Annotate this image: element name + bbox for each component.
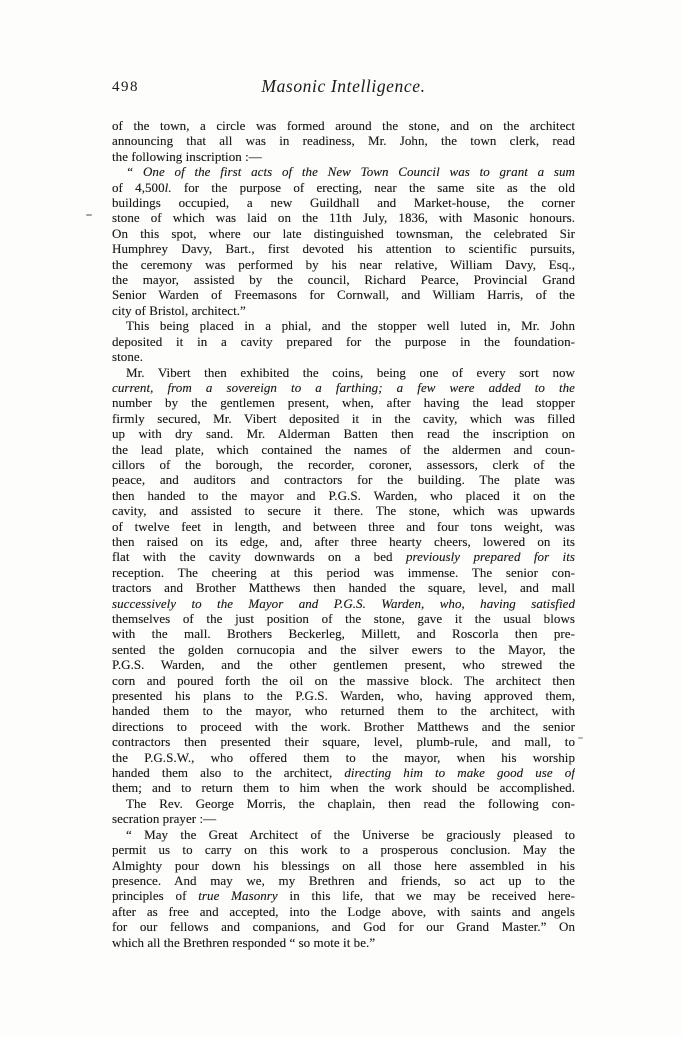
text-segment: firmly secured, Mr. Vibert deposited it … <box>112 411 575 426</box>
text-line: The Rev. George Morris, the chaplain, th… <box>112 796 575 811</box>
text-segment: corn and poured forth the oil on the mas… <box>112 673 575 688</box>
text-segment: tractors and Brother Matthews then hande… <box>112 580 575 595</box>
text-segment: for our fellows and companions, and God … <box>112 919 575 934</box>
text-segment: of twelve feet in length, and between th… <box>112 519 575 534</box>
text-segment: principles of <box>112 888 198 903</box>
text-line: directions to proceed with the work. Bro… <box>112 719 575 734</box>
text-segment: handed them to the mayor, who returned t… <box>112 703 575 718</box>
text-segment: cillors of the borough, the recorder, co… <box>112 457 575 472</box>
text-segment: The Rev. George Morris, the chaplain, th… <box>126 796 575 811</box>
text-line: the P.G.S.W., who offered them to the ma… <box>112 750 575 765</box>
text-line: for our fellows and companions, and God … <box>112 919 575 934</box>
text-segment: On this spot, where our late distinguish… <box>112 226 575 241</box>
text-segment: current, from a sovereign to a farthing;… <box>112 380 575 395</box>
text-line: stone. <box>112 349 575 364</box>
text-line: Almighty pour down his blessings on all … <box>112 858 575 873</box>
text-line: Mr. Vibert then exhibited the coins, bei… <box>112 365 575 380</box>
text-segment: l. <box>165 180 172 195</box>
text-line: city of Bristol, architect.” <box>112 303 575 318</box>
scan-artifact <box>86 214 92 216</box>
text-segment: Senior Warden of Freemasons for Cornwall… <box>112 287 575 302</box>
text-segment: after as free and accepted, into the Lod… <box>112 904 575 919</box>
running-title: Masonic Intelligence. <box>112 76 575 97</box>
text-segment: true Masonry <box>198 888 278 903</box>
text-line: deposited it in a cavity prepared for th… <box>112 334 575 349</box>
text-segment: in this life, that we may be received he… <box>278 888 575 903</box>
text-line: On this spot, where our late distinguish… <box>112 226 575 241</box>
text-line: announcing that all was in readiness, Mr… <box>112 133 575 148</box>
text-segment: stone. <box>112 349 143 364</box>
text-segment: flat with the cavity downwards on a bed <box>112 549 406 564</box>
text-line: the mayor, assisted by the council, Rich… <box>112 272 575 287</box>
text-line: “ May the Great Architect of the Univers… <box>112 827 575 842</box>
text-segment: Humphrey Davy, Bart., first devoted his … <box>112 241 575 256</box>
text-line: tractors and Brother Matthews then hande… <box>112 580 575 595</box>
text-segment: the lead plate, which contained the name… <box>112 442 575 457</box>
text-segment: then handed to the mayor and P.G.S. Ward… <box>112 488 575 503</box>
text-segment: the P.G.S.W., who offered them to the ma… <box>112 750 575 765</box>
text-line: presented his plans to the P.G.S. Warden… <box>112 688 575 703</box>
text-line: secration prayer :— <box>112 811 575 826</box>
text-segment: city of Bristol, architect.” <box>112 303 246 318</box>
text-segment: for the purpose of erecting, near the sa… <box>172 180 575 195</box>
text-line: cillors of the borough, the recorder, co… <box>112 457 575 472</box>
text-line: of 4,500l. for the purpose of erecting, … <box>112 180 575 195</box>
text-segment: P.G.S. Warden, and the other gentlemen p… <box>112 657 575 672</box>
text-line: Senior Warden of Freemasons for Cornwall… <box>112 287 575 302</box>
text-segment: permit us to carry on this work to a pro… <box>112 842 575 857</box>
text-segment: contractors then presented their square,… <box>112 734 575 749</box>
text-segment: presented his plans to the P.G.S. Warden… <box>112 688 575 703</box>
text-line: number by the gentlemen present, when, a… <box>112 395 575 410</box>
text-segment: the following inscription :— <box>112 149 262 164</box>
text-segment: them; and to return them to him when the… <box>112 780 575 795</box>
text-line: stone of which was laid on the 11th July… <box>112 210 575 225</box>
text-segment: This being placed in a phial, and the st… <box>126 318 575 333</box>
text-line: themselves of the just position of the s… <box>112 611 575 626</box>
text-line: after as free and accepted, into the Lod… <box>112 904 575 919</box>
text-line: then raised on its edge, and, after thre… <box>112 534 575 549</box>
text-line: the lead plate, which contained the name… <box>112 442 575 457</box>
text-segment: number by the gentlemen present, when, a… <box>112 395 575 410</box>
text-segment: of 4,500 <box>112 180 165 195</box>
text-line: up with dry sand. Mr. Alderman Batten th… <box>112 426 575 441</box>
text-line: permit us to carry on this work to a pro… <box>112 842 575 857</box>
text-segment: Almighty pour down his blessings on all … <box>112 858 575 873</box>
text-segment: previously prepared for its <box>406 549 575 564</box>
text-line: current, from a sovereign to a farthing;… <box>112 380 575 395</box>
text-segment: the ceremony was performed by his near r… <box>112 257 575 272</box>
text-line: contractors then presented their square,… <box>112 734 575 749</box>
text-line: presence. And may we, my Brethren and fr… <box>112 873 575 888</box>
text-segment: handed them also to the architect, <box>112 765 344 780</box>
text-line: flat with the cavity downwards on a bed … <box>112 549 575 564</box>
text-line: corn and poured forth the oil on the mas… <box>112 673 575 688</box>
text-segment: peace, and auditors and contractors for … <box>112 472 575 487</box>
scanned-page: 498 Masonic Intelligence. of the town, a… <box>0 0 682 1037</box>
text-line: This being placed in a phial, and the st… <box>112 318 575 333</box>
text-line: them; and to return them to him when the… <box>112 780 575 795</box>
text-segment: stone of which was laid on the 11th July… <box>112 210 575 225</box>
text-line: “ One of the first acts of the New Town … <box>112 164 575 179</box>
text-line: principles of true Masonry in this life,… <box>112 888 575 903</box>
text-segment: then raised on its edge, and, after thre… <box>112 534 575 549</box>
text-segment: “ May the Great Architect of the Univers… <box>126 827 575 842</box>
text-line: handed them also to the architect, direc… <box>112 765 575 780</box>
text-segment: successively to the Mayor and P.G.S. War… <box>112 596 575 611</box>
scan-artifact <box>578 737 583 739</box>
text-line: with the mall. Brothers Beckerleg, Mille… <box>112 626 575 641</box>
text-segment: with the mall. Brothers Beckerleg, Mille… <box>112 626 575 641</box>
text-line: then handed to the mayor and P.G.S. Ward… <box>112 488 575 503</box>
text-segment: reception. The cheering at this period w… <box>112 565 575 580</box>
text-line: of twelve feet in length, and between th… <box>112 519 575 534</box>
text-line: peace, and auditors and contractors for … <box>112 472 575 487</box>
text-segment: presence. And may we, my Brethren and fr… <box>112 873 575 888</box>
text-line: Humphrey Davy, Bart., first devoted his … <box>112 241 575 256</box>
text-segment: deposited it in a cavity prepared for th… <box>112 334 575 349</box>
page-header: 498 Masonic Intelligence. <box>112 76 575 100</box>
text-segment: buildings occupied, a new Guildhall and … <box>112 195 575 210</box>
text-line: P.G.S. Warden, and the other gentlemen p… <box>112 657 575 672</box>
text-segment: secration prayer :— <box>112 811 216 826</box>
text-line: the following inscription :— <box>112 149 575 164</box>
text-segment: cavity, and assisted to secure it there.… <box>112 503 575 518</box>
text-segment: the mayor, assisted by the council, Rich… <box>112 272 575 287</box>
text-line: firmly secured, Mr. Vibert deposited it … <box>112 411 575 426</box>
text-segment: announcing that all was in readiness, Mr… <box>112 133 575 148</box>
text-segment: “ One of the first acts of the New Town … <box>126 164 575 179</box>
text-segment: of the town, a circle was formed around … <box>112 118 575 133</box>
text-segment: Mr. Vibert then exhibited the coins, bei… <box>126 365 575 380</box>
text-segment: up with dry sand. Mr. Alderman Batten th… <box>112 426 575 441</box>
text-line: reception. The cheering at this period w… <box>112 565 575 580</box>
text-segment: sented the golden cornucopia and the sil… <box>112 642 575 657</box>
text-line: handed them to the mayor, who returned t… <box>112 703 575 718</box>
text-segment: which all the Brethren responded “ so mo… <box>112 935 375 950</box>
text-line: the ceremony was performed by his near r… <box>112 257 575 272</box>
text-line: successively to the Mayor and P.G.S. War… <box>112 596 575 611</box>
text-line: buildings occupied, a new Guildhall and … <box>112 195 575 210</box>
text-line: sented the golden cornucopia and the sil… <box>112 642 575 657</box>
text-line: which all the Brethren responded “ so mo… <box>112 935 575 950</box>
article-text: of the town, a circle was formed around … <box>112 118 575 950</box>
text-segment: directions to proceed with the work. Bro… <box>112 719 575 734</box>
text-line: cavity, and assisted to secure it there.… <box>112 503 575 518</box>
text-segment: directing him to make good use of <box>344 765 575 780</box>
text-line: of the town, a circle was formed around … <box>112 118 575 133</box>
text-segment: themselves of the just position of the s… <box>112 611 575 626</box>
page-number: 498 <box>112 79 139 96</box>
